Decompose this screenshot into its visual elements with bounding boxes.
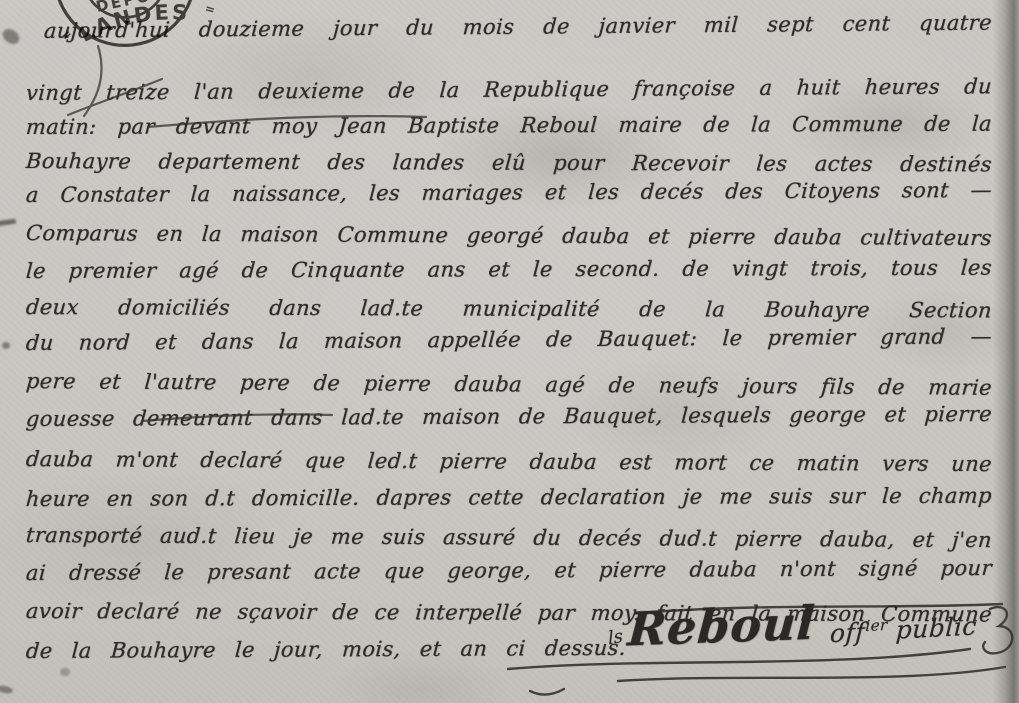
- ink-smudge: [0, 684, 14, 694]
- manuscript-line: dauba m'ont declaré que led.t pierre dau…: [25, 444, 993, 479]
- signature-block: ls Reboul offier public: [500, 595, 1019, 703]
- signature-lead-mark: ls: [607, 626, 623, 650]
- manuscript-line: le premier agé de Cinquante ans et le se…: [25, 253, 993, 286]
- manuscript-line: deux domiciliés dans lad.te municipalité…: [25, 292, 993, 325]
- manuscript-line: heure en son d.t domicille. dapres cette…: [25, 481, 993, 514]
- ink-smudge: [0, 219, 16, 227]
- ink-smudge: [0, 26, 22, 47]
- manuscript-line: pere et l'autre pere de pierre dauba agé…: [25, 366, 993, 403]
- manuscript-line: ai dressé le presant acte que george, et…: [25, 553, 993, 588]
- manuscript-line: aujourd'hui douzieme jour du mois de jan…: [25, 8, 993, 46]
- manuscript-line: vingt treize l'an deuxieme de la Republi…: [25, 71, 993, 108]
- manuscript-line: a Constater la naissance, les mariages e…: [25, 175, 993, 210]
- manuscript-line: Comparus en la maison Commune georgé dau…: [25, 218, 993, 253]
- manuscript-line: matin: par devant moy Jean Baptiste Rebo…: [25, 109, 993, 142]
- signature-title-prefix: off: [829, 617, 866, 648]
- signature-name: Reboul: [626, 596, 817, 657]
- signature-title-superscript: ier: [865, 616, 888, 635]
- manuscript-line: transporté aud.t lieu je me suis assuré …: [25, 520, 993, 555]
- signature-title-suffix: public: [887, 611, 978, 645]
- manuscript-line: du nord et dans la maison appellée de Ba…: [25, 321, 993, 358]
- ink-smudge: [60, 668, 70, 676]
- scanned-death-record-page: aujourd'hui douzieme jour du mois de jan…: [0, 0, 1019, 703]
- manuscript-line: gouesse demeurant dans lad.te maison de …: [25, 399, 993, 434]
- ink-smudge: [2, 342, 10, 349]
- manuscript-line: Bouhayre departement des landes elû pour…: [25, 146, 993, 179]
- signature-title: offier public: [829, 611, 977, 648]
